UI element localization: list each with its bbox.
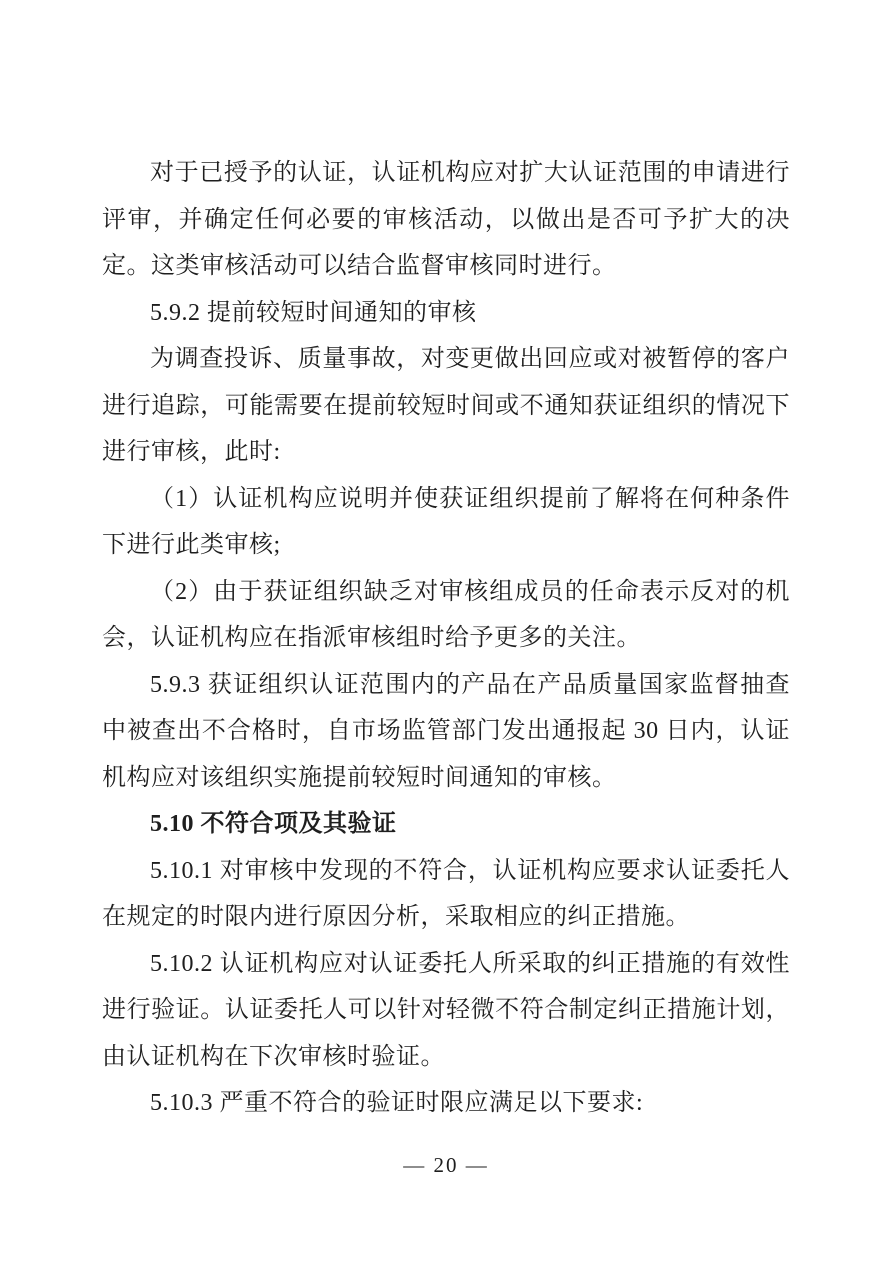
paragraph: 5.10.2 认证机构应对认证委托人所采取的纠正措施的有效性进行验证。认证委托人… <box>102 941 790 1081</box>
paragraph: 5.10.1 对审核中发现的不符合，认证机构应要求认证委托人在规定的时限内进行原… <box>102 848 790 941</box>
paragraph: （2）由于获证组织缺乏对审核组成员的任命表示反对的机会，认证机构应在指派审核组时… <box>102 569 790 662</box>
paragraph: 对于已授予的认证，认证机构应对扩大认证范围的申请进行评审，并确定任何必要的审核活… <box>102 150 790 290</box>
paragraph: 5.9.3 获证组织认证范围内的产品在产品质量国家监督抽查中被查出不合格时，自市… <box>102 662 790 802</box>
document-body: 对于已授予的认证，认证机构应对扩大认证范围的申请进行评审，并确定任何必要的审核活… <box>102 150 790 1127</box>
page-number: — 20 — <box>403 1153 489 1177</box>
paragraph: （1）认证机构应说明并使获证组织提前了解将在何种条件下进行此类审核; <box>102 476 790 569</box>
paragraph: 为调查投诉、质量事故，对变更做出回应或对被暂停的客户进行追踪，可能需要在提前较短… <box>102 336 790 476</box>
page-footer: — 20 — <box>0 1150 892 1180</box>
paragraph: 5.9.2 提前较短时间通知的审核 <box>102 290 790 337</box>
document-page: 对于已授予的认证，认证机构应对扩大认证范围的申请进行评审，并确定任何必要的审核活… <box>0 0 892 1262</box>
paragraph: 5.10.3 严重不符合的验证时限应满足以下要求: <box>102 1080 790 1127</box>
section-heading: 5.10 不符合项及其验证 <box>102 801 790 848</box>
